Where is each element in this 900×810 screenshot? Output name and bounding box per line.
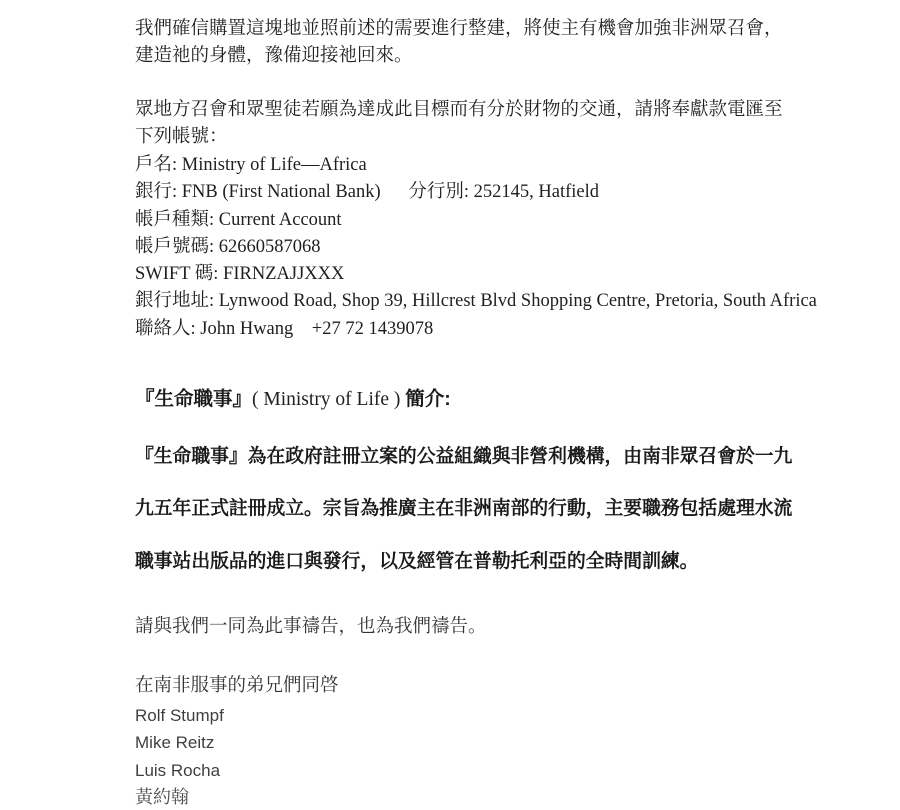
about-header-title: 『生命職事』 [135,388,252,410]
intro-line-1: 我們確信購置這塊地並照前述的需要進行整建，將使主有機會加強非洲眾召會， [135,16,880,43]
about-line-3: 職事站出版品的進口與發行，以及經管在普勒托利亞的全時間訓練。 [135,535,880,587]
bank-address: 銀行地址: Lynwood Road, Shop 39, Hillcrest B… [135,288,880,315]
signature-name: Luis Rocha [135,757,880,784]
appeal-line-2: 下列帳號： [135,124,880,151]
document-page: 我們確信購置這塊地並照前述的需要進行整建，將使主有機會加強非洲眾召會， 建造祂的… [0,0,900,810]
intro-line-2: 建造祂的身體，豫備迎接祂回來。 [135,43,880,70]
signature-name: Mike Reitz [135,729,880,756]
bank-account-number: 帳戶號碼: 62660587068 [135,234,880,261]
about-line-2: 九五年正式註冊成立。宗旨為推廣主在非洲南部的行動，主要職務包括處理水流 [135,482,880,534]
signature-name: Rolf Stumpf [135,702,880,729]
about-header-suffix: 簡介: [405,388,451,410]
bank-swift-code: SWIFT 碼: FIRNZAJJXXX [135,261,880,288]
bank-contact-person: 聯絡人: John Hwang +27 72 1439078 [135,316,880,343]
prayer-request-line: 請與我們一同為此事禱告，也為我們禱告。 [135,612,880,639]
about-section-header: 『生命職事』( Ministry of Life ) 簡介: [135,385,880,414]
signature-list: Rolf Stumpf Mike Reitz Luis Rocha 黃約翰 [135,702,880,810]
closing-line: 在南非服事的弟兄們同啓 [135,671,880,698]
bank-name-and-branch: 銀行: FNB (First National Bank) 分行別: 25214… [135,179,880,206]
appeal-line-1: 眾地方召會和眾聖徒若願為達成此目標而有分於財物的交通，請將奉獻款電匯至 [135,97,880,124]
about-header-latin: ( Ministry of Life ) [252,389,405,410]
intro-paragraph: 我們確信購置這塊地並照前述的需要進行整建，將使主有機會加強非洲眾召會， 建造祂的… [135,16,880,70]
bank-details: 戶名: Ministry of Life—Africa 銀行: FNB (Fir… [135,152,880,343]
signature-name-cjk: 黃約翰 [135,784,880,810]
bank-account-name: 戶名: Ministry of Life—Africa [135,152,880,179]
about-line-1: 『生命職事』為在政府註冊立案的公益組織與非營利機構，由南非眾召會於一九 [135,430,880,482]
appeal-paragraph: 眾地方召會和眾聖徒若願為達成此目標而有分於財物的交通，請將奉獻款電匯至 下列帳號… [135,97,880,152]
bank-account-type: 帳戶種類: Current Account [135,207,880,234]
about-paragraph: 『生命職事』為在政府註冊立案的公益組織與非營利機構，由南非眾召會於一九 九五年正… [135,430,880,587]
